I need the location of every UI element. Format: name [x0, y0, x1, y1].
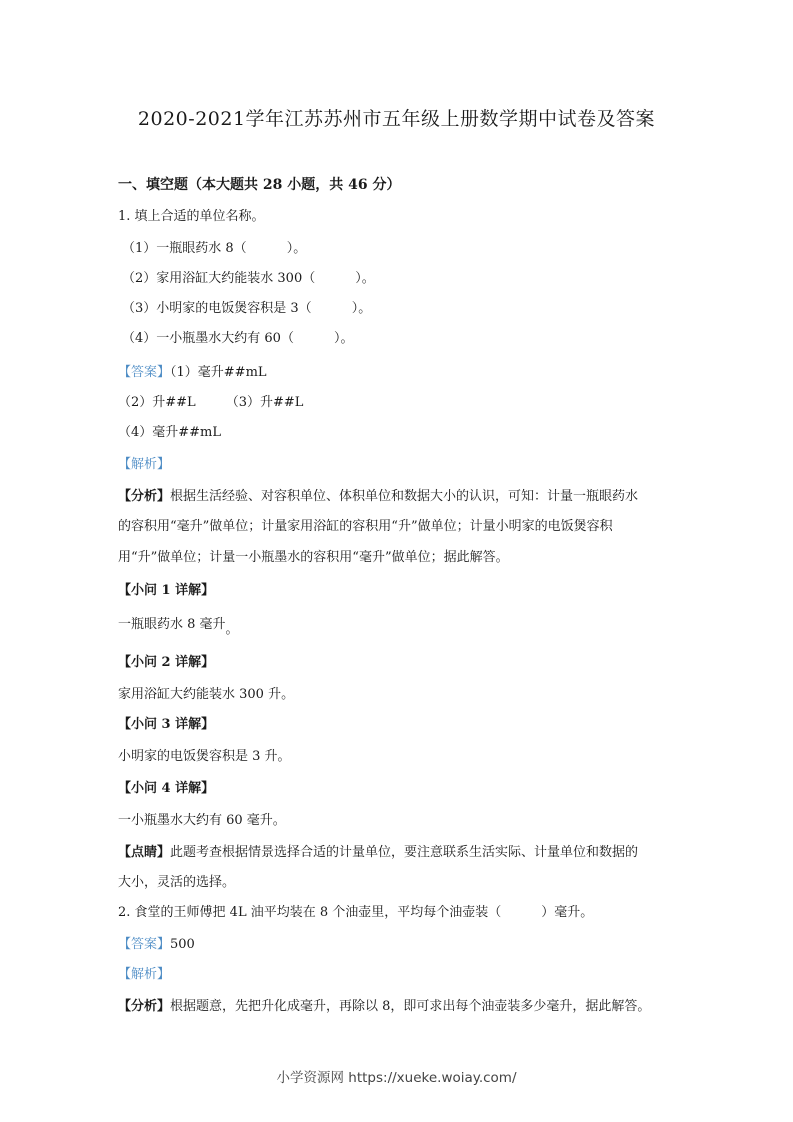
detail-label-1: 【小问 1 详解】: [118, 582, 214, 600]
question-2-fenxi: 【分析】根据题意，先把升化成毫升，再除以 8，即可求出每个油壶装多少毫升，据此解…: [118, 998, 650, 1016]
answer-row-3: （4）毫升##mL: [118, 424, 221, 442]
answer-row-2: （2）升##L（3）升##L: [118, 394, 303, 412]
question-1-item-4: （4）一小瓶墨水大约有 60（）。: [122, 330, 353, 348]
question-2-answer: 【答案】500: [118, 936, 195, 954]
answer-label: 【答案】: [118, 937, 170, 952]
document-page: 2020-2021学年江苏苏州市五年级上册数学期中试卷及答案 一、填空题（本大题…: [0, 0, 793, 1122]
detail-label-4: 【小问 4 详解】: [118, 780, 214, 798]
dianjing-line-2: 大小，灵活的选择。: [118, 874, 235, 892]
fenxi-line-1: 【分析】根据生活经验、对容积单位、体积单位和数据大小的认识，可知：计量一瓶眼药水: [118, 488, 638, 506]
question-1-item-2: （2）家用浴缸大约能装水 300（）。: [122, 270, 375, 288]
dianjing-label: 【点睛】: [118, 845, 170, 860]
section-heading: 一、填空题（本大题共 28 小题，共 46 分）: [118, 176, 400, 194]
question-1-stem: 1. 填上合适的单位名称。: [118, 208, 265, 226]
question-1-item-3: （3）小明家的电饭煲容积是 3（）。: [122, 300, 371, 318]
fenxi-label: 【分析】: [118, 999, 170, 1014]
fenxi-label: 【分析】: [118, 489, 170, 504]
fenxi-line-3: 用“升”做单位；计量一小瓶墨水的容积用“毫升”做单位；据此解答。: [118, 549, 509, 567]
detail-text-2: 家用浴缸大约能装水 300 升。: [118, 686, 294, 704]
answer-label: 【答案】: [118, 365, 170, 380]
detail-label-2: 【小问 2 详解】: [118, 654, 214, 672]
dianjing-line-1: 【点睛】此题考查根据情景选择合适的计量单位，要注意联系生活实际、计量单位和数据的: [118, 844, 638, 862]
footer-watermark: 小学资源网 https://xueke.woiay.com/: [0, 1066, 793, 1086]
question-2-stem: 2. 食堂的王师傅把 4L 油平均装在 8 个油壶里，平均每个油壶装（）毫升。: [118, 904, 593, 922]
answer-row-1: 【答案】（1）毫升##mL: [118, 364, 267, 382]
analysis-label: 【解析】: [118, 456, 170, 474]
question-1-item-1: （1）一瓶眼药水 8（）。: [122, 240, 306, 258]
analysis-label: 【解析】: [118, 966, 170, 984]
detail-text-4: 一小瓶墨水大约有 60 毫升。: [118, 812, 286, 830]
fenxi-line-2: 的容积用“毫升”做单位；计量家用浴缸的容积用“升”做单位；计量小明家的电饭煲容积: [118, 518, 613, 536]
page-title: 2020-2021学年江苏苏州市五年级上册数学期中试卷及答案: [0, 104, 793, 131]
detail-text-1: 一瓶眼药水 8 毫升。: [118, 616, 239, 634]
detail-text-3: 小明家的电饭煲容积是 3 升。: [118, 748, 291, 766]
detail-label-3: 【小问 3 详解】: [118, 716, 214, 734]
